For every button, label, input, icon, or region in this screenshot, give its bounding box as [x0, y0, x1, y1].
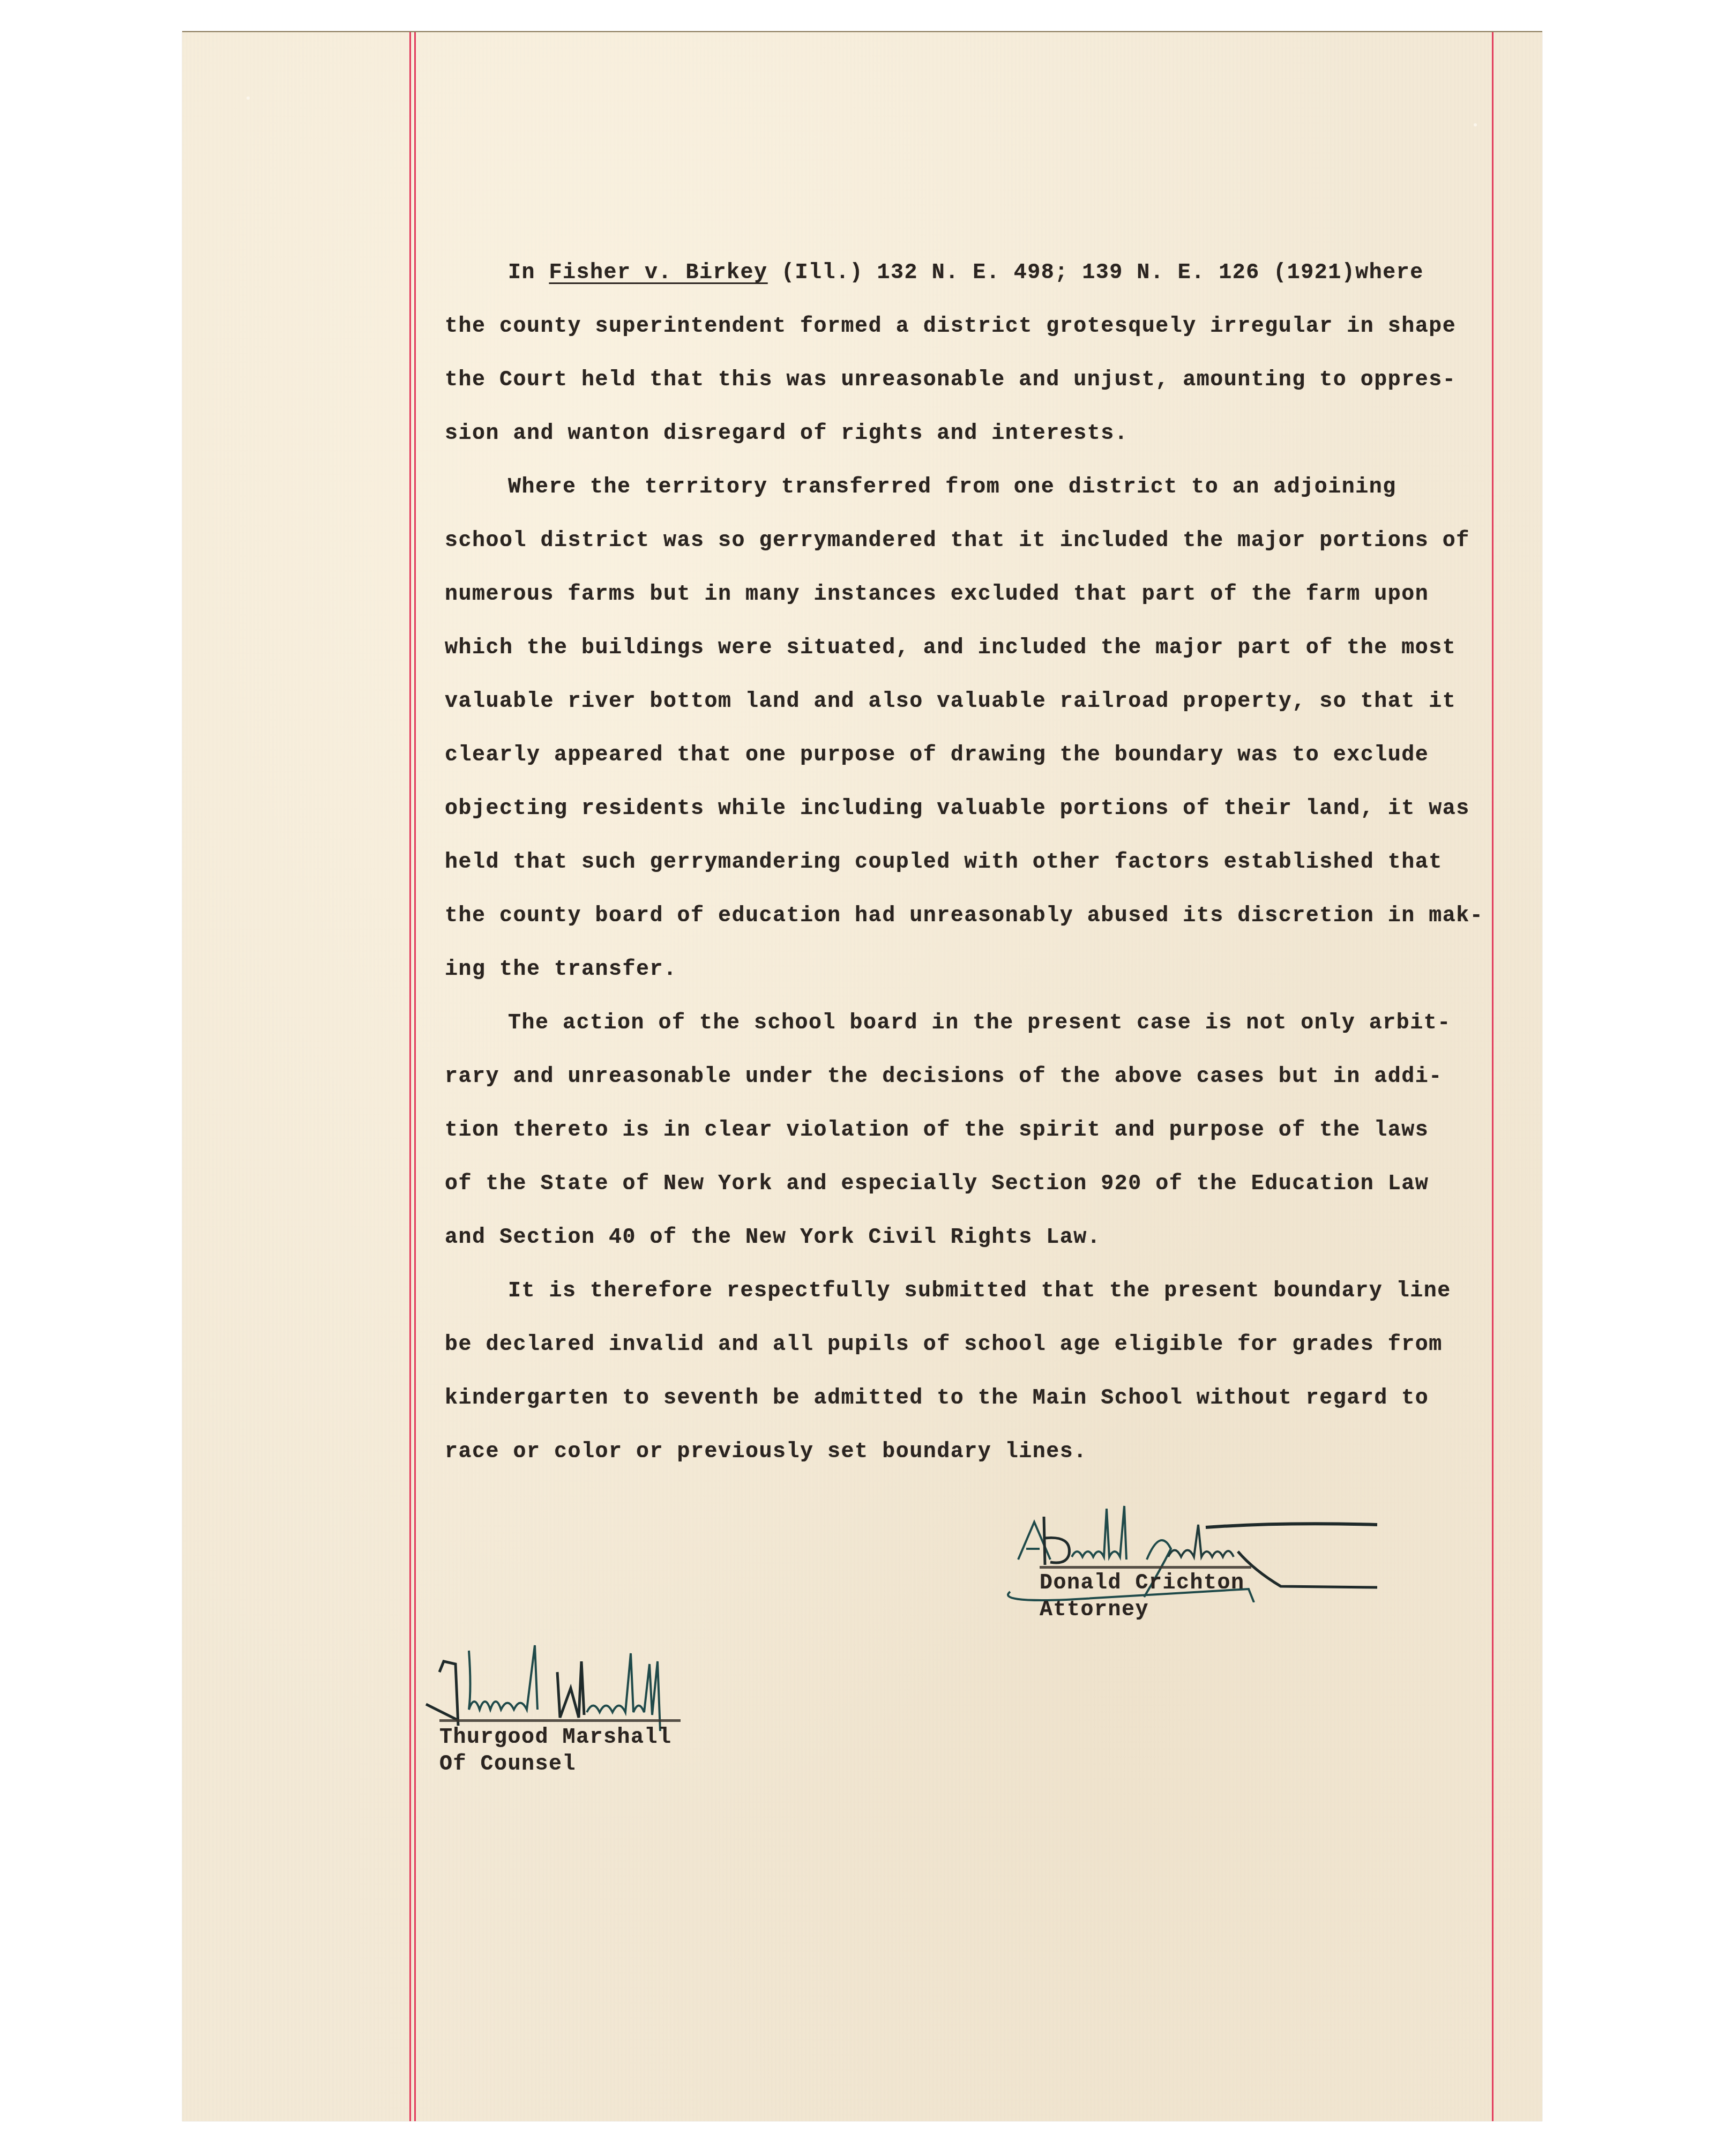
text-line: be declared invalid and all pupils of sc…	[445, 1318, 1495, 1372]
text-line: the county superintendent formed a distr…	[445, 300, 1495, 354]
text-line: Where the territory transferred from one…	[445, 461, 1495, 514]
legal-brief-page: In Fisher v. Birkey (Ill.) 132 N. E. 498…	[182, 31, 1542, 2121]
left-margin-rule-inner	[414, 32, 416, 2121]
text-line: valuable river bottom land and also valu…	[445, 675, 1495, 729]
text-line: It is therefore respectfully submitted t…	[445, 1265, 1495, 1318]
text-line: tion thereto is in clear violation of th…	[445, 1104, 1495, 1158]
left-margin-rule	[409, 32, 411, 2121]
counsel-signature-block: Thurgood Marshall Of Counsel	[439, 1725, 672, 1778]
counsel-title: Of Counsel	[439, 1751, 672, 1778]
counsel-name: Thurgood Marshall	[439, 1725, 672, 1751]
text-line: kindergarten to seventh be admitted to t…	[445, 1372, 1495, 1426]
attorney-signature-line	[1040, 1566, 1251, 1569]
text-line: held that such gerrymandering coupled wi…	[445, 836, 1495, 890]
text-line: numerous farms but in many instances exc…	[445, 568, 1495, 622]
attorney-title: Attorney	[1040, 1597, 1245, 1624]
paper-speck	[1474, 123, 1477, 126]
attorney-signature-block: Donald Crichton Attorney	[1040, 1570, 1245, 1624]
text-line: ing the transfer.	[445, 943, 1495, 997]
text-line: and Section 40 of the New York Civil Rig…	[445, 1211, 1495, 1265]
text-run: In	[508, 261, 549, 285]
text-line: clearly appeared that one purpose of dra…	[445, 729, 1495, 782]
text-line: objecting residents while including valu…	[445, 782, 1495, 836]
text-line: In Fisher v. Birkey (Ill.) 132 N. E. 498…	[445, 247, 1495, 300]
text-line: the Court held that this was unreasonabl…	[445, 354, 1495, 407]
text-line: of the State of New York and especially …	[445, 1158, 1495, 1211]
counsel-signature-line	[439, 1719, 681, 1722]
attorney-name: Donald Crichton	[1040, 1570, 1245, 1597]
text-line: the county board of education had unreas…	[445, 890, 1495, 943]
text-line: which the buildings were situated, and i…	[445, 622, 1495, 675]
case-name-underlined: Fisher v. Birkey	[549, 261, 768, 285]
counsel-signature	[418, 1640, 697, 1731]
text-line: school district was so gerrymandered tha…	[445, 514, 1495, 568]
text-line: The action of the school board in the pr…	[445, 997, 1495, 1050]
text-line: sion and wanton disregard of rights and …	[445, 407, 1495, 461]
text-line: rary and unreasonable under the decision…	[445, 1050, 1495, 1104]
text-line: race or color or previously set boundary…	[445, 1426, 1495, 1479]
text-run: (Ill.) 132 N. E. 498; 139 N. E. 126 (192…	[768, 261, 1424, 285]
paper-speck	[247, 96, 250, 100]
document-body: In Fisher v. Birkey (Ill.) 132 N. E. 498…	[445, 247, 1495, 1479]
